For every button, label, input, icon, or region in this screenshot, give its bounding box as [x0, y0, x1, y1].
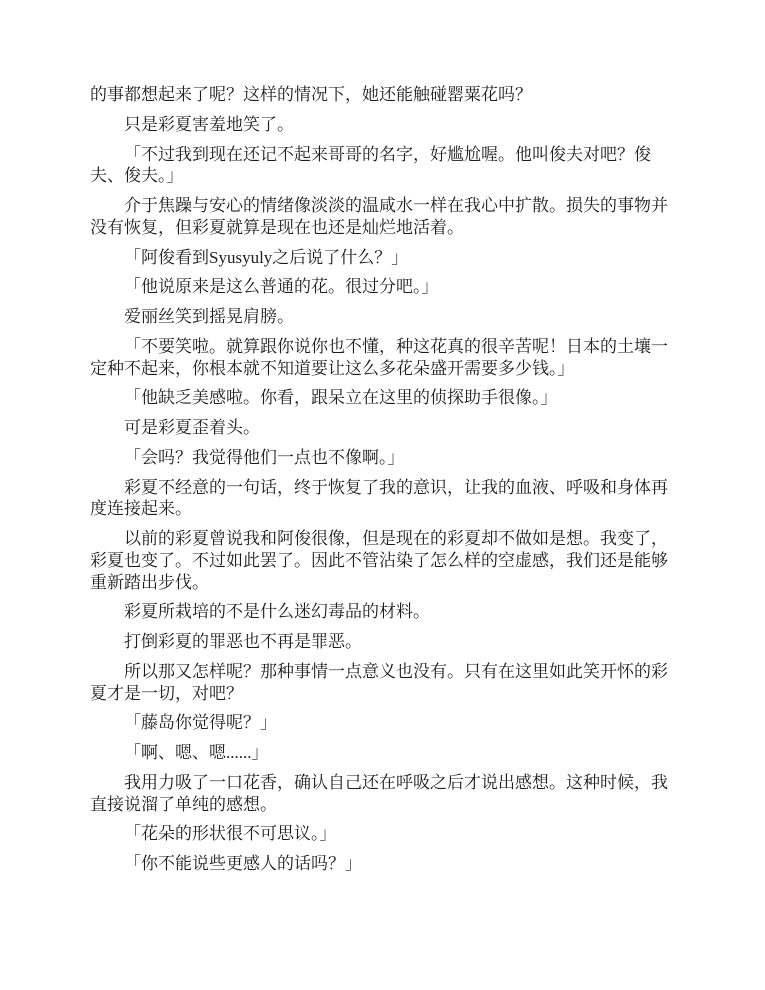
paragraph: 介于焦躁与安心的情绪像淡淡的温咸水一样在我心中扩散。损失的事物并没有恢复，但彩夏…: [90, 195, 675, 239]
paragraph: 的事都想起来了呢？这样的情况下，她还能触碰罂粟花吗？: [90, 84, 675, 106]
paragraph: 我用力吸了一口花香，确认自己还在呼吸之后才说出感想。这种时候，我直接说溜了单纯的…: [90, 772, 675, 816]
paragraph: 彩夏所栽培的不是什么迷幻毒品的材料。: [90, 601, 675, 623]
novel-page: 的事都想起来了呢？这样的情况下，她还能触碰罂粟花吗？ 只是彩夏害羞地笑了。 「不…: [0, 0, 765, 990]
text-column: 的事都想起来了呢？这样的情况下，她还能触碰罂粟花吗？ 只是彩夏害羞地笑了。 「不…: [90, 84, 675, 875]
paragraph: 爱丽丝笑到摇晃肩膀。: [90, 306, 675, 328]
paragraph: 以前的彩夏曾说我和阿俊很像，但是现在的彩夏却不做如是想。我变了，彩夏也变了。不过…: [90, 528, 675, 593]
paragraph: 「啊、嗯、嗯......」: [90, 742, 675, 764]
paragraph: 打倒彩夏的罪恶也不再是罪恶。: [90, 631, 675, 653]
paragraph: 「花朵的形状很不可思议。」: [90, 823, 675, 845]
paragraph: 「不要笑啦。就算跟你说你也不懂，种这花真的很辛苦呢！日本的土壤一定种不起来，你根…: [90, 336, 675, 380]
paragraph: 「你不能说些更感人的话吗？」: [90, 853, 675, 875]
paragraph: 可是彩夏歪着头。: [90, 417, 675, 439]
paragraph: 「他缺乏美感啦。你看，跟呆立在这里的侦探助手很像。」: [90, 387, 675, 409]
paragraph: 彩夏不经意的一句话，终于恢复了我的意识，让我的血液、呼吸和身体再度连接起来。: [90, 477, 675, 521]
paragraph: 「阿俊看到Syusyuly之后说了什么？」: [90, 247, 675, 269]
paragraph: 「他说原来是这么普通的花。很过分吧。」: [90, 276, 675, 298]
paragraph: 只是彩夏害羞地笑了。: [90, 114, 675, 136]
paragraph: 「藤岛你觉得呢？」: [90, 712, 675, 734]
paragraph: 所以那又怎样呢？那种事情一点意义也没有。只有在这里如此笑开怀的彩夏才是一切，对吧…: [90, 661, 675, 705]
paragraph: 「会吗？我觉得他们一点也不像啊。」: [90, 447, 675, 469]
paragraph: 「不过我到现在还记不起来哥哥的名字，好尴尬喔。他叫俊夫对吧？俊夫、俊夫。」: [90, 144, 675, 188]
